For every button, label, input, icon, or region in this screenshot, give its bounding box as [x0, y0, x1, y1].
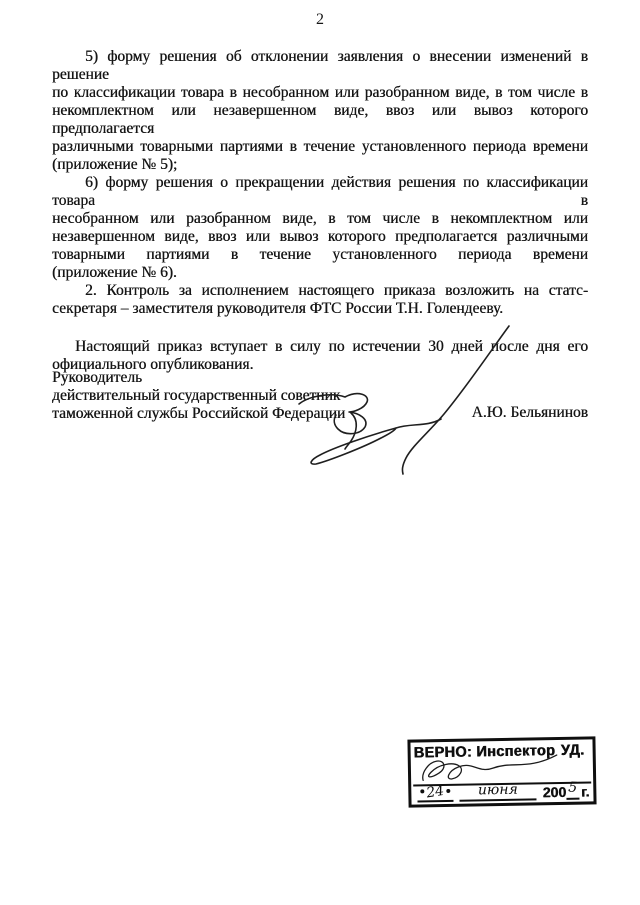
- text-line: незавершенном виде, ввоз или вывоз котор…: [52, 228, 588, 246]
- stamp-date-month-field: июня: [459, 781, 537, 801]
- signer-title-line: таможенной службы Российской Федерации: [52, 405, 345, 423]
- text-line: различными товарными партиями в течение …: [52, 138, 588, 156]
- text-line: Настоящий приказ вступает в силу по исте…: [52, 338, 588, 356]
- paragraph-item-6: 6) форму решения о прекращении действия …: [52, 174, 588, 282]
- stamp-certified-label: ВЕРНО: Инспектор УД.: [410, 740, 587, 762]
- verification-stamp: ВЕРНО: Инспектор УД. 24 июня 200 5 г.: [407, 736, 596, 807]
- signer-title-line: Руководитель: [52, 369, 345, 387]
- signer-title-line: действительный государственный советник: [52, 387, 345, 405]
- paragraph-control: 2. Контроль за исполнением настоящего пр…: [52, 282, 588, 318]
- signature-block: Руководитель действительный государствен…: [52, 369, 345, 423]
- paragraph-item-5: 5) форму решения об отклонении заявления…: [52, 48, 588, 174]
- stamp-date-day: 24: [425, 783, 445, 802]
- text-line: 2. Контроль за исполнением настоящего пр…: [52, 282, 588, 300]
- quote-dot-icon: [420, 789, 424, 793]
- stamp-date-day-field: 24: [417, 784, 453, 803]
- stamp-date-year-field: 200 5 г.: [542, 780, 589, 800]
- signer-name: А.Ю. Бельянинов: [472, 404, 588, 422]
- stamp-year-handwritten: 5: [567, 779, 577, 796]
- document-body: 5) форму решения об отклонении заявления…: [52, 48, 588, 374]
- stamp-year-blank: 5: [566, 781, 579, 800]
- text-line: по классификации товара в несобранном ил…: [52, 84, 588, 102]
- text-line: несобранном или разобранном виде, в том …: [52, 210, 588, 228]
- document-page: 2 5) форму решения об отклонении заявлен…: [0, 0, 640, 905]
- stamp-year-printed: 200: [543, 784, 567, 800]
- text-line: товарными партиями в течение установленн…: [52, 246, 588, 264]
- text-line: секретаря – заместителя руководителя ФТС…: [52, 300, 588, 318]
- stamp-label-right: УД.: [561, 742, 585, 759]
- text-line: 5) форму решения об отклонении заявления…: [52, 48, 588, 84]
- page-number: 2: [0, 11, 640, 29]
- text-line: (приложение № 6).: [52, 264, 588, 282]
- text-line: 6) форму решения о прекращении действия …: [52, 174, 588, 210]
- stamp-date-month: июня: [478, 782, 518, 799]
- stamp-date: 24 июня 200 5 г.: [415, 780, 589, 802]
- quote-dot-icon: [446, 788, 450, 792]
- text-line: (приложение № 5);: [52, 156, 588, 174]
- stamp-label-left: ВЕРНО: Инспектор: [413, 742, 555, 761]
- text-line: некомплектном или незавершенном виде, вв…: [52, 102, 588, 138]
- stamp-year-suffix: г.: [581, 783, 590, 799]
